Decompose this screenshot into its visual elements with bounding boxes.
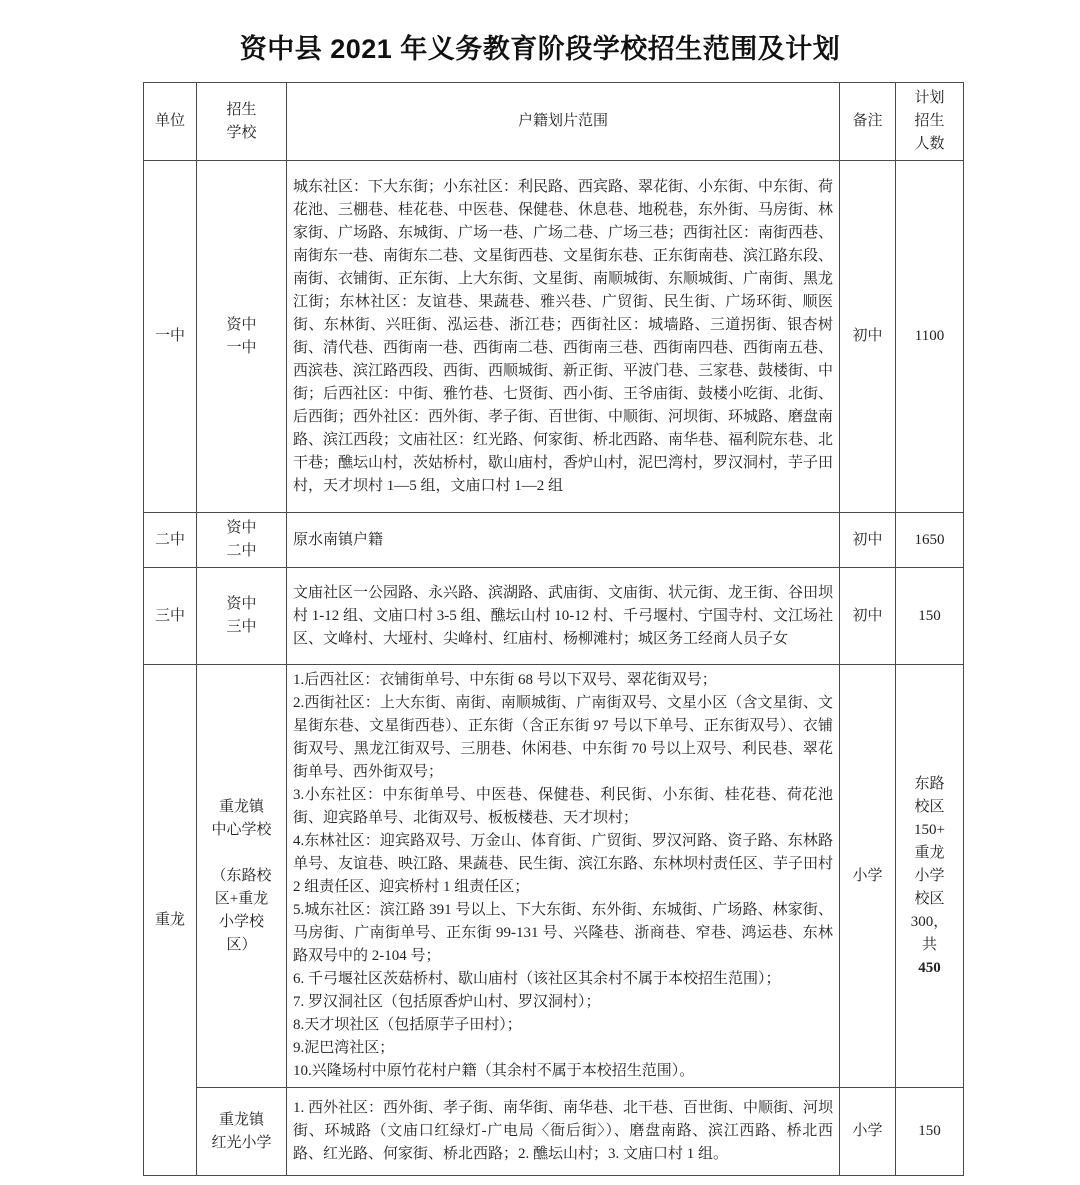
header-scope: 户籍划片范围: [287, 83, 840, 161]
plan-total: 450: [902, 957, 957, 980]
cell-remark: 小学: [840, 665, 896, 1088]
document-page: 资中县 2021 年义务教育阶段学校招生范围及计划 单位 招生 学校 户籍划片范…: [0, 33, 1080, 1185]
cell-plan: 150: [896, 1088, 964, 1176]
cell-school: 重龙镇 红光小学: [197, 1088, 287, 1176]
cell-unit: 重龙: [144, 665, 197, 1176]
cell-plan: 150: [896, 568, 964, 665]
cell-remark: 初中: [840, 161, 896, 513]
table-row: 二中 资中 二中 原水南镇户籍 初中 1650: [144, 513, 964, 568]
cell-remark: 小学: [840, 1088, 896, 1176]
cell-school: 资中 一中: [197, 161, 287, 513]
cell-scope: 城东社区：下大东街；小东社区：利民路、西宾路、翠花街、小东街、中东街、荷花池、三…: [287, 161, 840, 513]
plan-text: 东路 校区 150+ 重龙 小学 校区 300， 共: [902, 773, 957, 957]
table-row: 一中 资中 一中 城东社区：下大东街；小东社区：利民路、西宾路、翠花街、小东街、…: [144, 161, 964, 513]
header-unit: 单位: [144, 83, 197, 161]
cell-school: 重龙镇 中心学校 （东路校 区+重龙 小学校 区）: [197, 665, 287, 1088]
cell-plan: 1650: [896, 513, 964, 568]
cell-remark: 初中: [840, 568, 896, 665]
cell-unit: 三中: [144, 568, 197, 665]
cell-school: 资中 二中: [197, 513, 287, 568]
table-row: 三中 资中 三中 文庙社区一公园路、永兴路、滨湖路、武庙街、文庙街、状元街、龙王…: [144, 568, 964, 665]
header-school: 招生 学校: [197, 83, 287, 161]
cell-plan: 1100: [896, 161, 964, 513]
admission-table: 单位 招生 学校 户籍划片范围 备注 计划 招生 人数 一中 资中 一中 城东社…: [143, 82, 964, 1176]
cell-remark: 初中: [840, 513, 896, 568]
header-remark: 备注: [840, 83, 896, 161]
cell-unit: 二中: [144, 513, 197, 568]
page-title: 资中县 2021 年义务教育阶段学校招生范围及计划: [0, 33, 1080, 66]
table-row: 重龙 重龙镇 中心学校 （东路校 区+重龙 小学校 区） 1.后西社区：衣铺街单…: [144, 665, 964, 1088]
cell-scope: 1.后西社区：衣铺街单号、中东街 68 号以下双号、翠花街双号； 2.西街社区：…: [287, 665, 840, 1088]
table-row: 重龙镇 红光小学 1. 西外社区：西外街、孝子街、南华街、南华巷、北干巷、百世街…: [144, 1088, 964, 1176]
cell-scope: 原水南镇户籍: [287, 513, 840, 568]
header-plan: 计划 招生 人数: [896, 83, 964, 161]
cell-scope: 1. 西外社区：西外街、孝子街、南华街、南华巷、北干巷、百世街、中顺街、河坝街、…: [287, 1088, 840, 1176]
cell-plan: 东路 校区 150+ 重龙 小学 校区 300， 共 450: [896, 665, 964, 1088]
cell-unit: 一中: [144, 161, 197, 513]
cell-scope: 文庙社区一公园路、永兴路、滨湖路、武庙街、文庙街、状元街、龙王街、谷田坝村 1-…: [287, 568, 840, 665]
cell-school: 资中 三中: [197, 568, 287, 665]
table-header-row: 单位 招生 学校 户籍划片范围 备注 计划 招生 人数: [144, 83, 964, 161]
